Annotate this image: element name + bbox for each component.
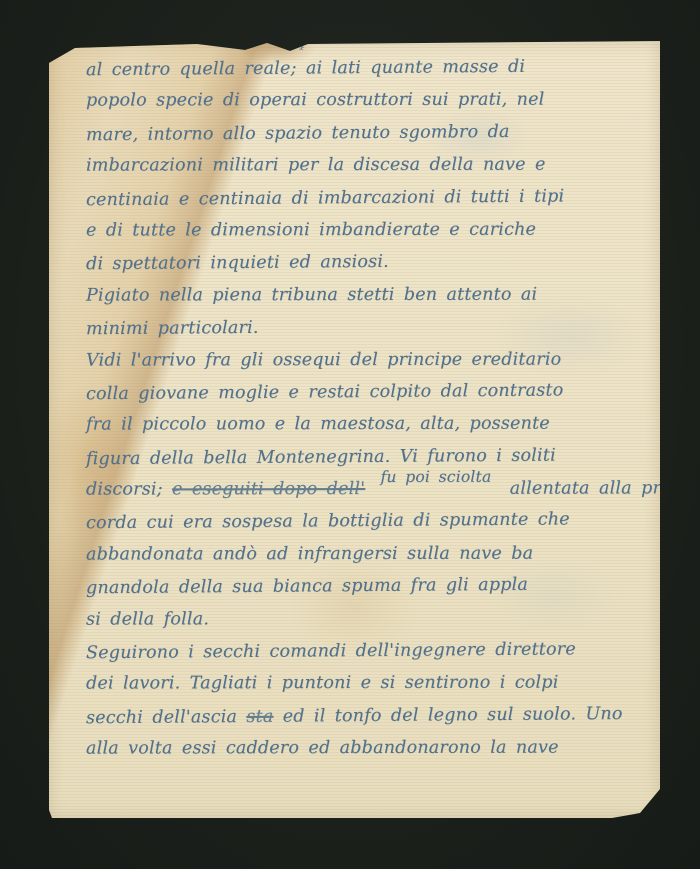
line-text: colla giovane moglie e restai colpito da… <box>86 380 564 404</box>
manuscript-line: colla giovane moglie e restai colpito da… <box>86 374 652 411</box>
handwriting-block: al centro quella reale; ai lati quante m… <box>86 52 652 765</box>
manuscript-line: fra il piccolo uomo e la maestosa, alta,… <box>86 408 652 442</box>
line-text: secchi dell'ascia <box>86 707 237 728</box>
manuscript-line: abbandonata andò ad infrangersi sulla na… <box>86 537 652 571</box>
line-text: e di tutte le dimensioni imbandierate e … <box>86 220 536 241</box>
line-text: Vidi l'arrivo fra gli ossequi del princi… <box>86 349 561 370</box>
line-text: al centro quella reale; ai lati quante m… <box>86 57 525 80</box>
inserted-correction: fu poi sciolta <box>380 461 491 494</box>
line-text: dei lavori. Tagliati i puntoni e si sent… <box>86 673 559 694</box>
line-text: si della folla. <box>86 609 209 629</box>
struck-text: sta <box>246 707 273 727</box>
line-text: allentata alla principessina la <box>510 478 700 499</box>
line-text: di spettatori inquieti ed ansiosi. <box>86 252 389 274</box>
manuscript-line: figura della bella Montenegrina. Vi furo… <box>86 438 652 475</box>
manuscript-line: e di tutte le dimensioni imbandierate e … <box>86 213 652 247</box>
manuscript-line: al centro quella reale; ai lati quante m… <box>86 50 652 87</box>
photo-backdrop: { "document": { "type": "handwritten man… <box>0 0 700 869</box>
line-text: imbarcazioni militari per la discesa del… <box>86 155 546 176</box>
manuscript-line: imbarcazioni militari per la discesa del… <box>86 149 652 183</box>
manuscript-line: mare, intorno allo spazio tenuto sgombro… <box>86 115 652 152</box>
manuscript-line: gnandola della sua bianca spuma fra gli … <box>86 568 652 605</box>
line-text: corda cui era sospesa la bottiglia di sp… <box>86 510 570 534</box>
line-text: Seguirono i secchi comandi dell'ingegner… <box>86 639 576 663</box>
line-text: abbandonata andò ad infrangersi sulla na… <box>86 544 533 565</box>
manuscript-line: dei lavori. Tagliati i puntoni e si sent… <box>86 667 652 701</box>
line-text: popolo specie di operai costruttori sui … <box>86 90 544 111</box>
manuscript-line: popolo specie di operai costruttori sui … <box>86 84 652 118</box>
line-text: mare, intorno allo spazio tenuto sgombro… <box>86 122 510 145</box>
line-text: discorsi; <box>86 480 163 500</box>
manuscript-line-with-correction: discorsi; e eseguiti dopo dell' fu poi s… <box>86 472 652 506</box>
line-text: alla volta essi caddero ed abbandonarono… <box>86 738 559 759</box>
manuscript-page: 14 al centro quella reale; ai lati quant… <box>49 41 660 818</box>
manuscript-line: minimi particolari. <box>86 309 652 346</box>
line-text: gnandola della sua bianca spuma fra gli … <box>86 575 528 598</box>
line-text: fra il piccolo uomo e la maestosa, alta,… <box>86 414 550 435</box>
line-text: centinaia e centinaia di imbarcazioni di… <box>86 186 564 210</box>
manuscript-line: Vidi l'arrivo fra gli ossequi del princi… <box>86 343 652 377</box>
line-text: Pigiato nella piena tribuna stetti ben a… <box>86 284 537 305</box>
manuscript-line: alla volta essi caddero ed abbandonarono… <box>86 732 652 766</box>
manuscript-line-with-correction: secchi dell'ascia sta ed il tonfo del le… <box>86 698 652 735</box>
page-number: 14 <box>289 37 306 53</box>
manuscript-line: corda cui era sospesa la bottiglia di sp… <box>86 503 652 540</box>
manuscript-line: Seguirono i secchi comandi dell'ingegner… <box>86 633 652 670</box>
line-text: minimi particolari. <box>86 318 259 339</box>
struck-text: e eseguiti dopo dell' <box>172 479 365 499</box>
manuscript-line: si della folla. <box>86 602 652 636</box>
manuscript-line: Pigiato nella piena tribuna stetti ben a… <box>86 278 652 312</box>
line-text: ed il tonfo del legno sul suolo. Uno <box>283 704 623 727</box>
manuscript-line: centinaia e centinaia di imbarcazioni di… <box>86 179 652 216</box>
manuscript-line: di spettatori inquieti ed ansiosi. <box>86 244 652 281</box>
